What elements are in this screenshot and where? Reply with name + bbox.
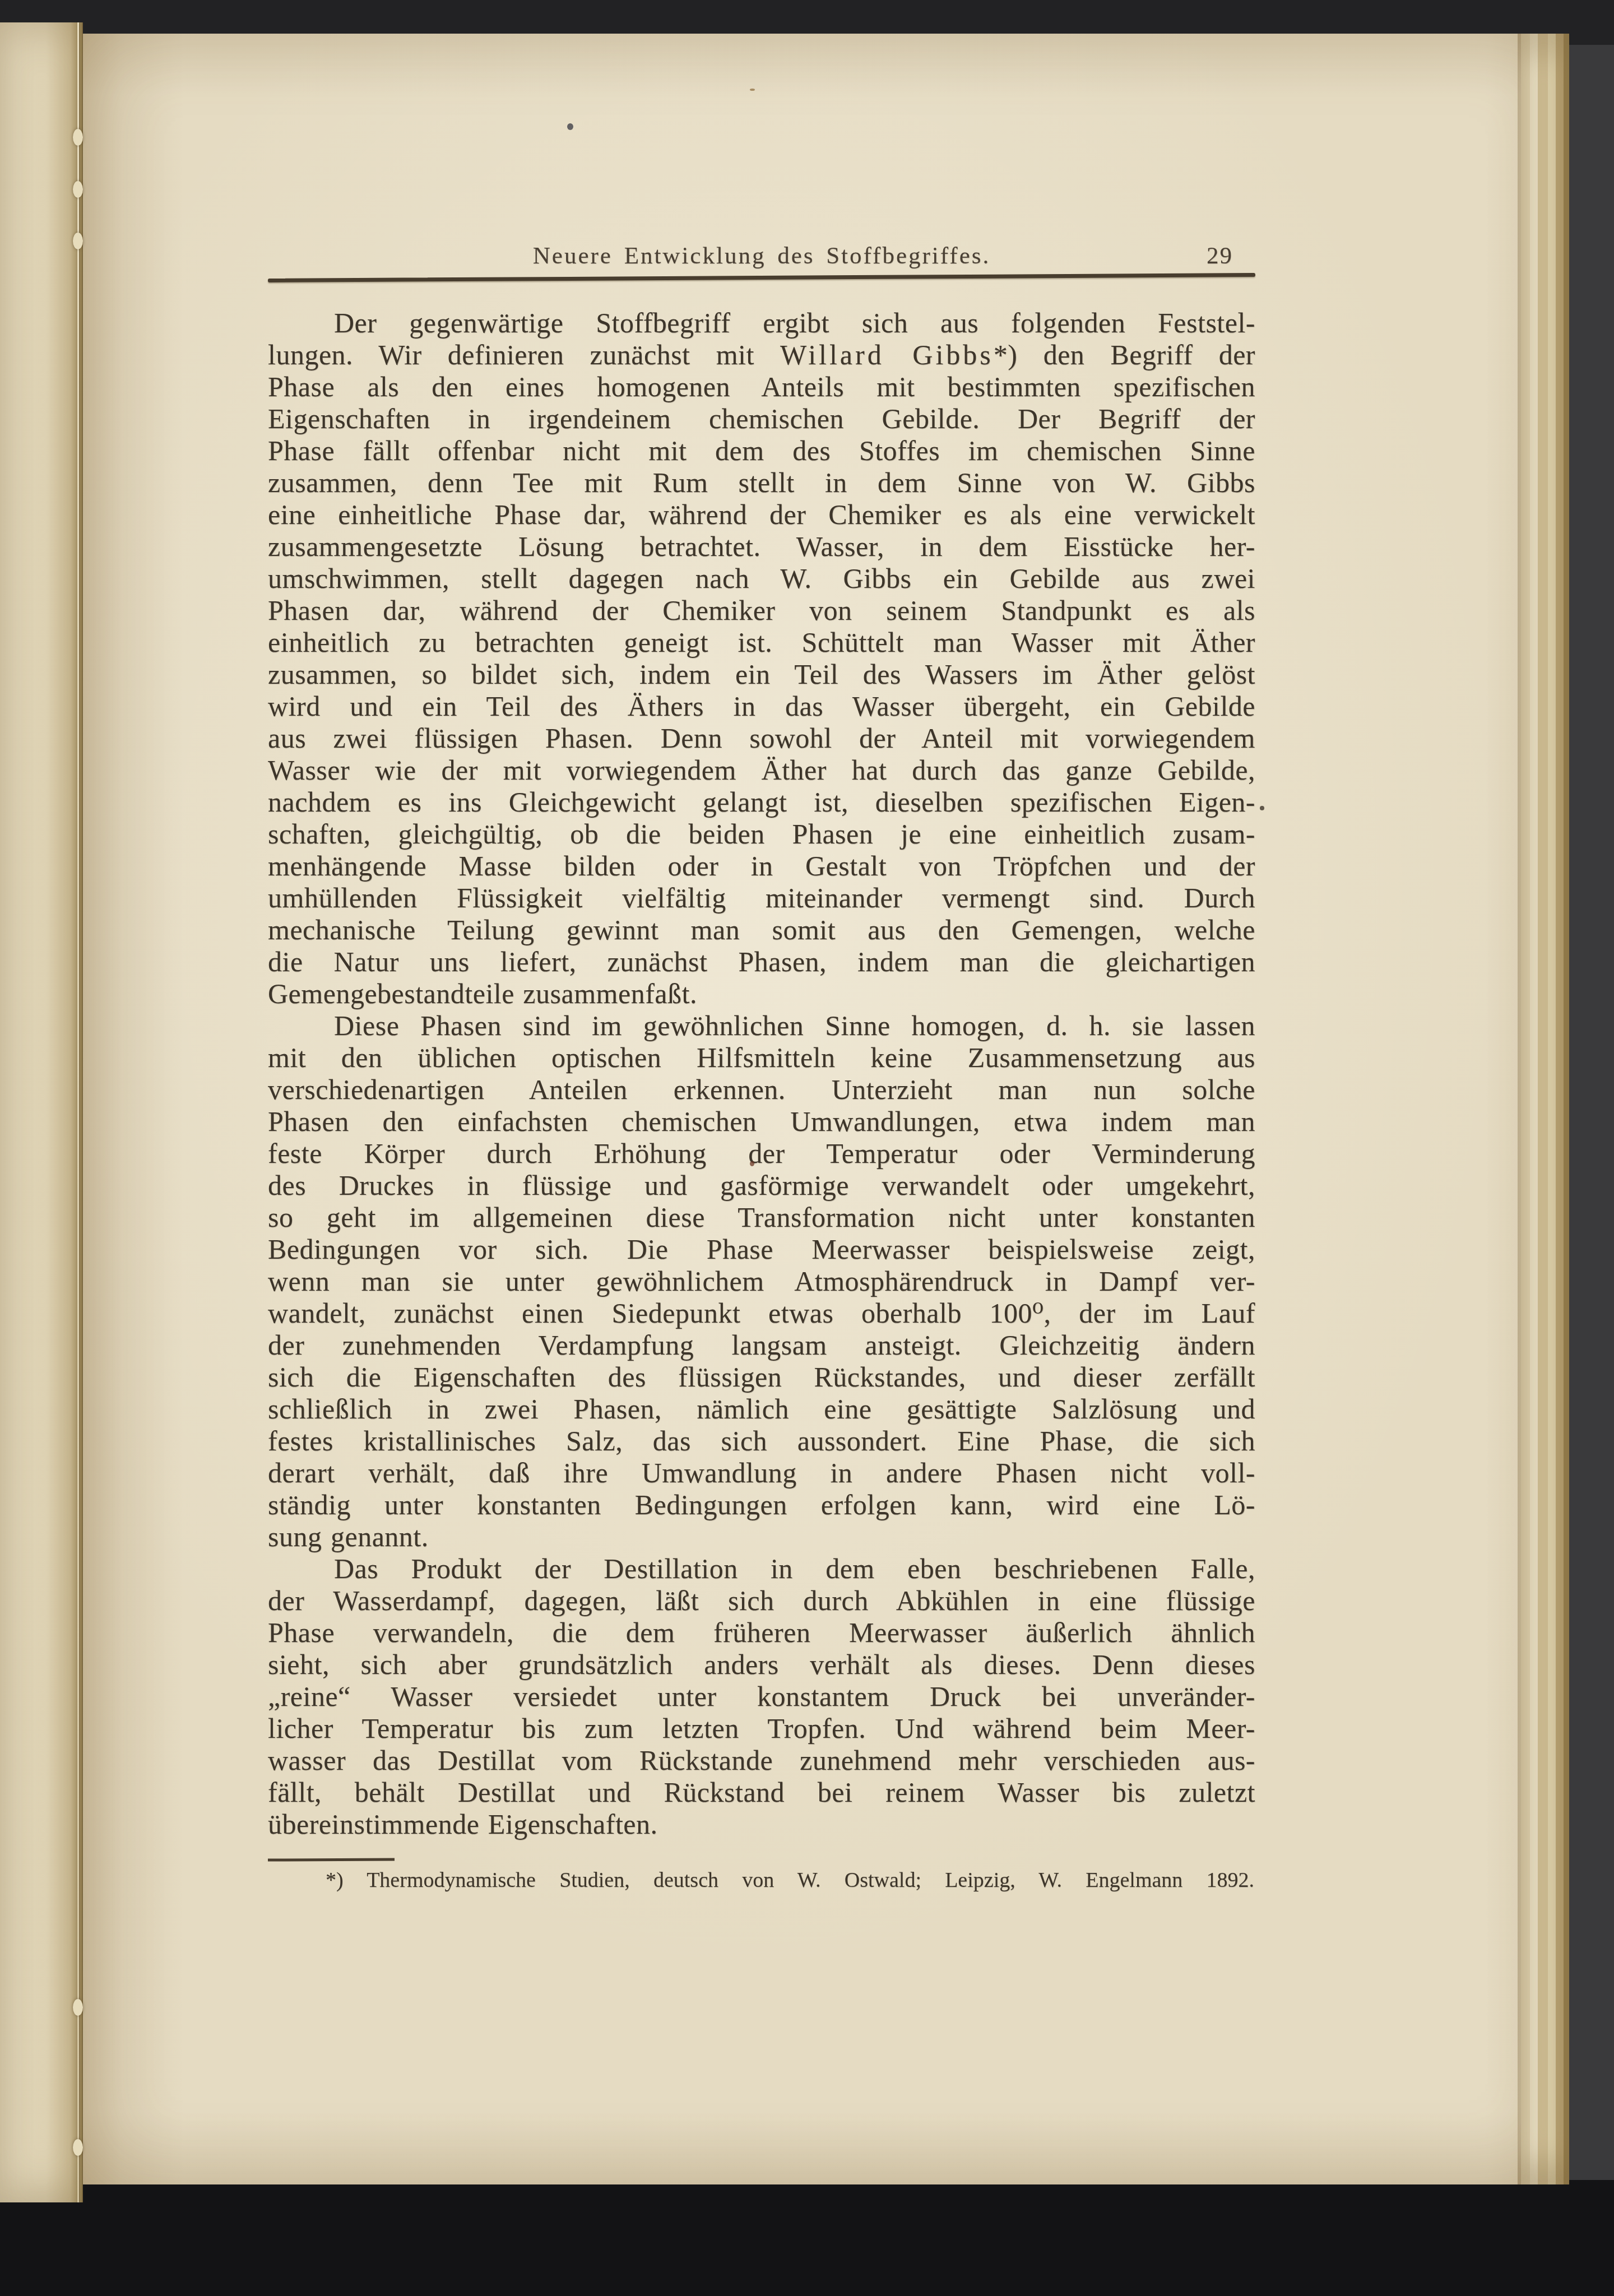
text-segment: lungen. Wir definieren zunächst mit <box>268 339 780 370</box>
book-page: Neuere Entwicklung des Stoffbegriffes. 2… <box>83 34 1569 2184</box>
binding-seam <box>77 22 79 2202</box>
footnote: *) Thermodynamische Studien, deutsch von… <box>326 1867 1254 1893</box>
text-line: festes kristallinisches Salz, das sich a… <box>268 1425 1255 1457</box>
text-line: der Wasserdampf, dagegen, läßt sich durc… <box>268 1585 1255 1617</box>
page-number: 29 <box>1207 242 1233 270</box>
text-line: nachdem es ins Gleichgewicht gelangt ist… <box>268 786 1255 818</box>
paper-fleck <box>750 1161 754 1166</box>
text-line: zusammengesetzte Lösung betrachtet. Wass… <box>268 531 1255 563</box>
scanned-book-spread: { "colors": { "paper": "#e5dbc2", "ink":… <box>0 0 1614 2296</box>
emphasized-name: Willard Gibbs <box>780 339 994 370</box>
text-line: wandelt, zunächst einen Siedepunkt etwas… <box>268 1297 1255 1329</box>
text-line: Phase als den eines homogenen Anteils mi… <box>268 371 1255 403</box>
text-line: Phasen dar, während der Chemiker von sei… <box>268 595 1255 627</box>
text-line: zusammen, denn Tee mit Rum stellt in dem… <box>268 467 1255 499</box>
text-line: aus zwei flüssigen Phasen. Denn sowohl d… <box>268 722 1255 754</box>
text-segment: *) den Begriff der <box>994 339 1255 370</box>
text-line: feste Körper durch Erhöhung der Temperat… <box>268 1138 1255 1170</box>
text-line: übereinstimmende Eigenschaften. <box>268 1808 1255 1840</box>
ink-speck <box>1260 806 1264 810</box>
text-line: licher Temperatur bis zum letzten Tropfe… <box>268 1713 1255 1745</box>
text-line: Phase fällt offenbar nicht mit dem des S… <box>268 435 1255 467</box>
text-line: Diese Phasen sind im gewöhnlichen Sinne … <box>268 1010 1255 1042</box>
text-column: Der gegenwärtige Stoffbegriff ergibt sic… <box>268 307 1255 1840</box>
running-header-title: Neuere Entwicklung des Stoffbegriffes. <box>268 242 1255 270</box>
text-line: umhüllenden Flüssigkeit vielfältig mitei… <box>268 882 1255 914</box>
text-line: wird und ein Teil des Äthers in das Wass… <box>268 690 1255 722</box>
text-line: menhängende Masse bilden oder in Gestalt… <box>268 850 1255 882</box>
text-line: der zunehmenden Verdampfung langsam anst… <box>268 1329 1255 1361</box>
running-header: Neuere Entwicklung des Stoffbegriffes. 2… <box>268 242 1255 276</box>
text-line: wenn man sie unter gewöhnlichem Atmosphä… <box>268 1265 1255 1297</box>
text-line: mechanische Teilung gewinnt man somit au… <box>268 914 1255 946</box>
page-fore-edge <box>1518 34 1569 2184</box>
text-line: wasser das Destillat vom Rückstande zune… <box>268 1745 1255 1776</box>
text-line: mit den üblichen optischen Hilfsmitteln … <box>268 1042 1255 1074</box>
text-line: sung genannt. <box>268 1521 1255 1553</box>
text-line: die Natur uns liefert, zunächst Phasen, … <box>268 946 1255 978</box>
text-line: sieht, sich aber grundsätzlich anders ve… <box>268 1649 1255 1681</box>
text-line: fällt, behält Destillat und Rückstand be… <box>268 1776 1255 1808</box>
facing-page-edge <box>0 22 83 2202</box>
text-line: einheitlich zu betrachten geneigt ist. S… <box>268 627 1255 658</box>
text-line: Der gegenwärtige Stoffbegriff ergibt sic… <box>268 307 1255 339</box>
text-line: sich die Eigenschaften des flüssigen Rüc… <box>268 1361 1255 1393</box>
ink-speck <box>567 123 573 130</box>
text-line: derart verhält, daß ihre Umwandlung in a… <box>268 1457 1255 1489</box>
stitch-knot <box>73 2139 83 2156</box>
scanner-background-bottom <box>0 2180 1614 2296</box>
text-line: eine einheitliche Phase dar, während der… <box>268 499 1255 531</box>
paper-fleck <box>750 89 755 91</box>
stitch-knot <box>73 1999 83 2016</box>
text-line: lungen. Wir definieren zunächst mit Will… <box>268 339 1255 371</box>
text-line: Gemengebestandteile zusammenfaßt. <box>268 978 1255 1010</box>
text-line: umschwimmen, stellt dagegen nach W. Gibb… <box>268 563 1255 595</box>
stitch-knot <box>73 233 83 249</box>
text-line: so geht im allgemeinen diese Transformat… <box>268 1202 1255 1233</box>
text-line: Eigenschaften in irgendeinem chemischen … <box>268 403 1255 435</box>
text-line: Phasen den einfachsten chemischen Umwand… <box>268 1106 1255 1138</box>
stitch-knot <box>73 181 83 198</box>
text-line: „reine“ Wasser versiedet unter konstante… <box>268 1681 1255 1713</box>
text-line: ständig unter konstanten Bedingungen erf… <box>268 1489 1255 1521</box>
footnote-separator <box>268 1858 395 1861</box>
text-line: verschiedenartigen Anteilen erkennen. Un… <box>268 1074 1255 1106</box>
text-line: Das Produkt der Destillation in dem eben… <box>268 1553 1255 1585</box>
stitch-knot <box>73 129 83 146</box>
text-line: Bedingungen vor sich. Die Phase Meerwass… <box>268 1233 1255 1265</box>
text-line: schließlich in zwei Phasen, nämlich eine… <box>268 1393 1255 1425</box>
text-line: schaften, gleichgültig, ob die beiden Ph… <box>268 818 1255 850</box>
text-line: Phase verwandeln, die dem früheren Meerw… <box>268 1617 1255 1649</box>
text-line: Wasser wie der mit vorwiegendem Äther ha… <box>268 754 1255 786</box>
text-line: des Druckes in flüssige und gasförmige v… <box>268 1170 1255 1202</box>
text-line: zusammen, so bildet sich, indem ein Teil… <box>268 658 1255 690</box>
